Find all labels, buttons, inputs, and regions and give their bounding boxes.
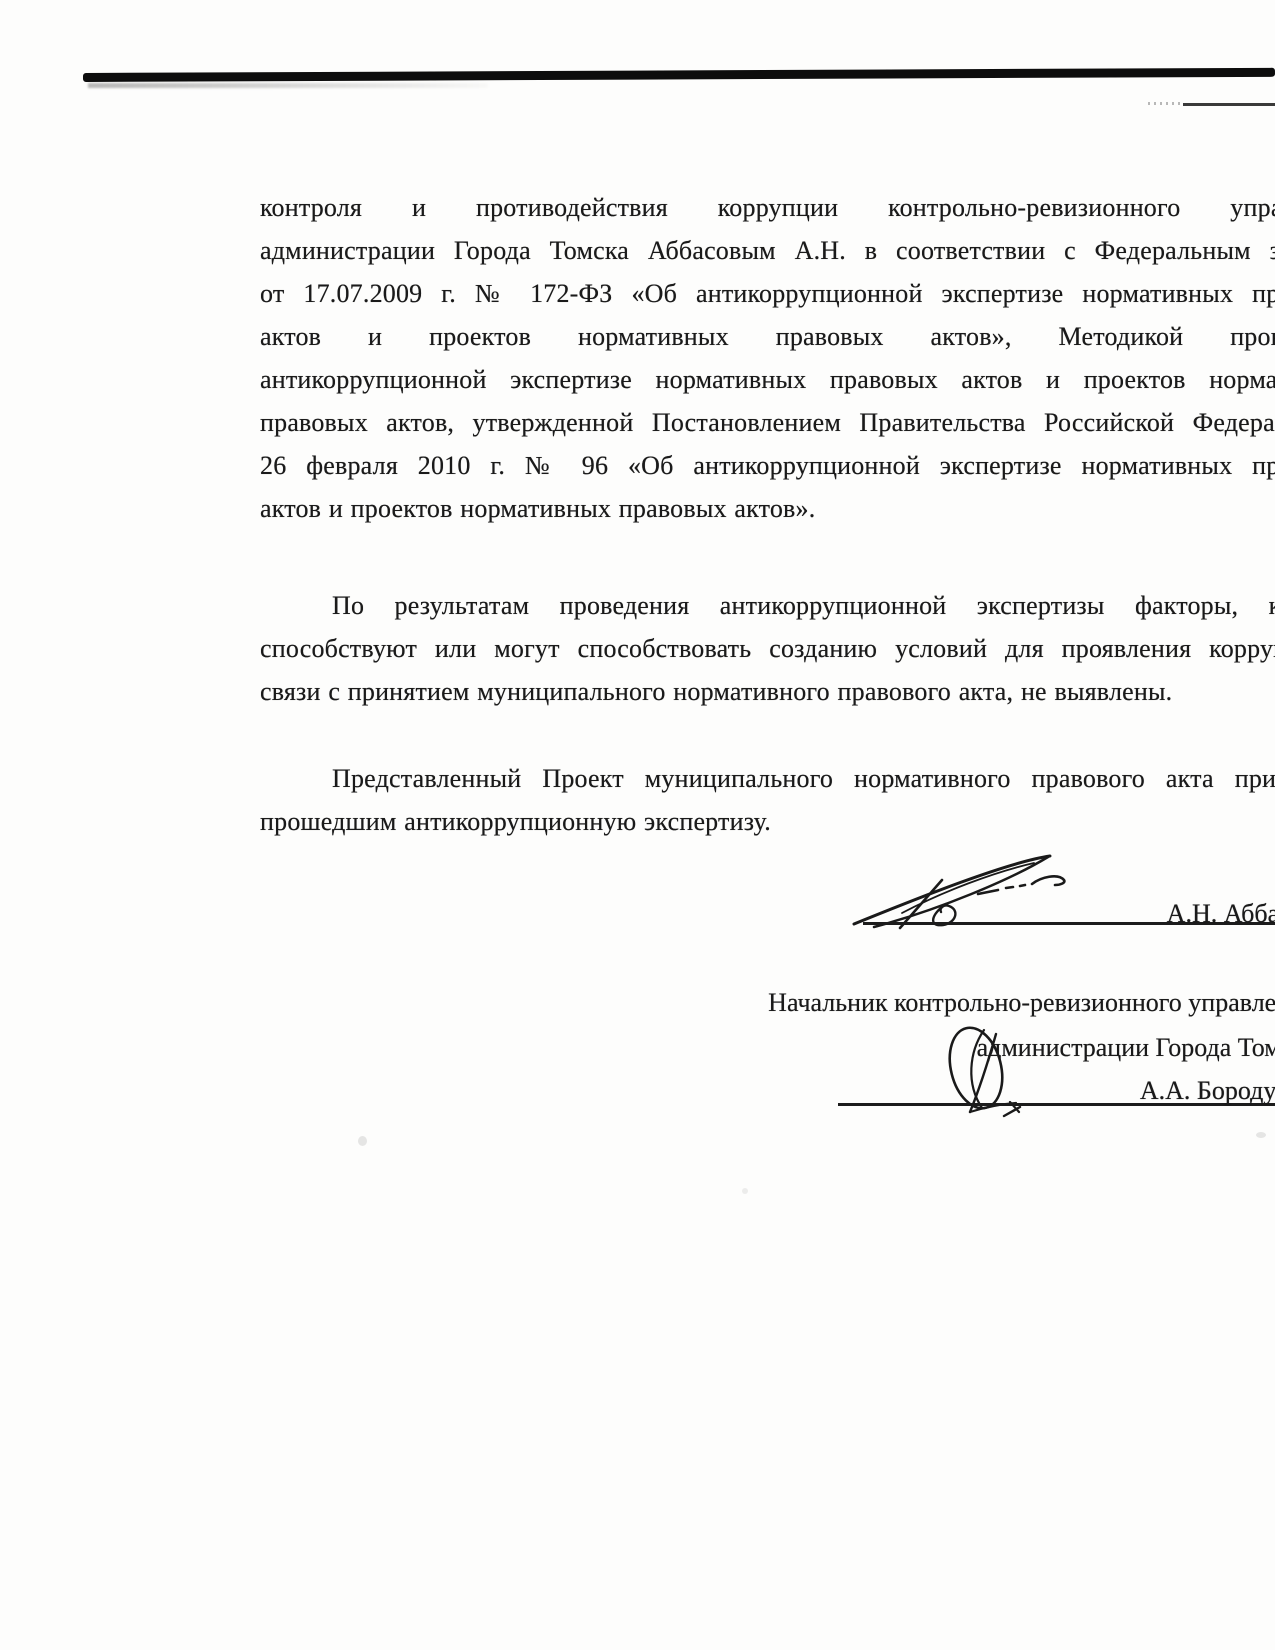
scan-artifact-dots xyxy=(1148,102,1180,105)
scan-speck xyxy=(358,1136,367,1146)
scan-artifact-bar-shadow xyxy=(88,83,488,88)
signature-stroke-borodulin xyxy=(900,1022,1075,1127)
paragraph-conclusion: Представленный Проект муниципального нор… xyxy=(260,757,1275,843)
scan-artifact-black-bar xyxy=(83,68,1275,82)
body-line: прошедшим антикоррупционную экспертизу. xyxy=(260,800,1275,843)
signatory-title-line: Начальник контрольно-ревизионного управл… xyxy=(600,980,1275,1025)
signatory-name-abbasov: А.Н. Аббасов xyxy=(1000,899,1275,929)
body-line: связи с принятием муниципального нормати… xyxy=(260,670,1275,713)
body-line: Представленный Проект муниципального нор… xyxy=(260,757,1275,800)
scan-speck xyxy=(742,1188,748,1194)
paragraph-legal-basis: контроля и противодействия коррупции кон… xyxy=(260,186,1275,530)
body-line: 26 февраля 2010 г. № 96 «Об антикоррупци… xyxy=(260,444,1275,487)
body-line: способствуют или могут способствовать со… xyxy=(260,627,1275,670)
body-line: актов и проектов нормативных правовых ак… xyxy=(260,315,1275,358)
body-line: правовых актов, утвержденной Постановлен… xyxy=(260,401,1275,444)
body-line: актов и проектов нормативных правовых ак… xyxy=(260,487,1275,530)
scanned-document-page: контроля и противодействия коррупции кон… xyxy=(0,0,1275,1650)
body-line: антикоррупционной экспертизе нормативных… xyxy=(260,358,1275,401)
body-line: контроля и противодействия коррупции кон… xyxy=(260,186,1275,229)
scan-speck xyxy=(1256,1132,1266,1138)
signatory-name-borodulin: А.А. Бородулин xyxy=(1000,1076,1275,1106)
scan-artifact-dash xyxy=(1183,103,1275,106)
body-line: администрации Города Томска Аббасовым А.… xyxy=(260,229,1275,272)
paragraph-findings: По результатам проведения антикоррупцион… xyxy=(260,584,1275,713)
body-line: По результатам проведения антикоррупцион… xyxy=(260,584,1275,627)
body-line: от 17.07.2009 г. № 172-ФЗ «Об антикорруп… xyxy=(260,272,1275,315)
